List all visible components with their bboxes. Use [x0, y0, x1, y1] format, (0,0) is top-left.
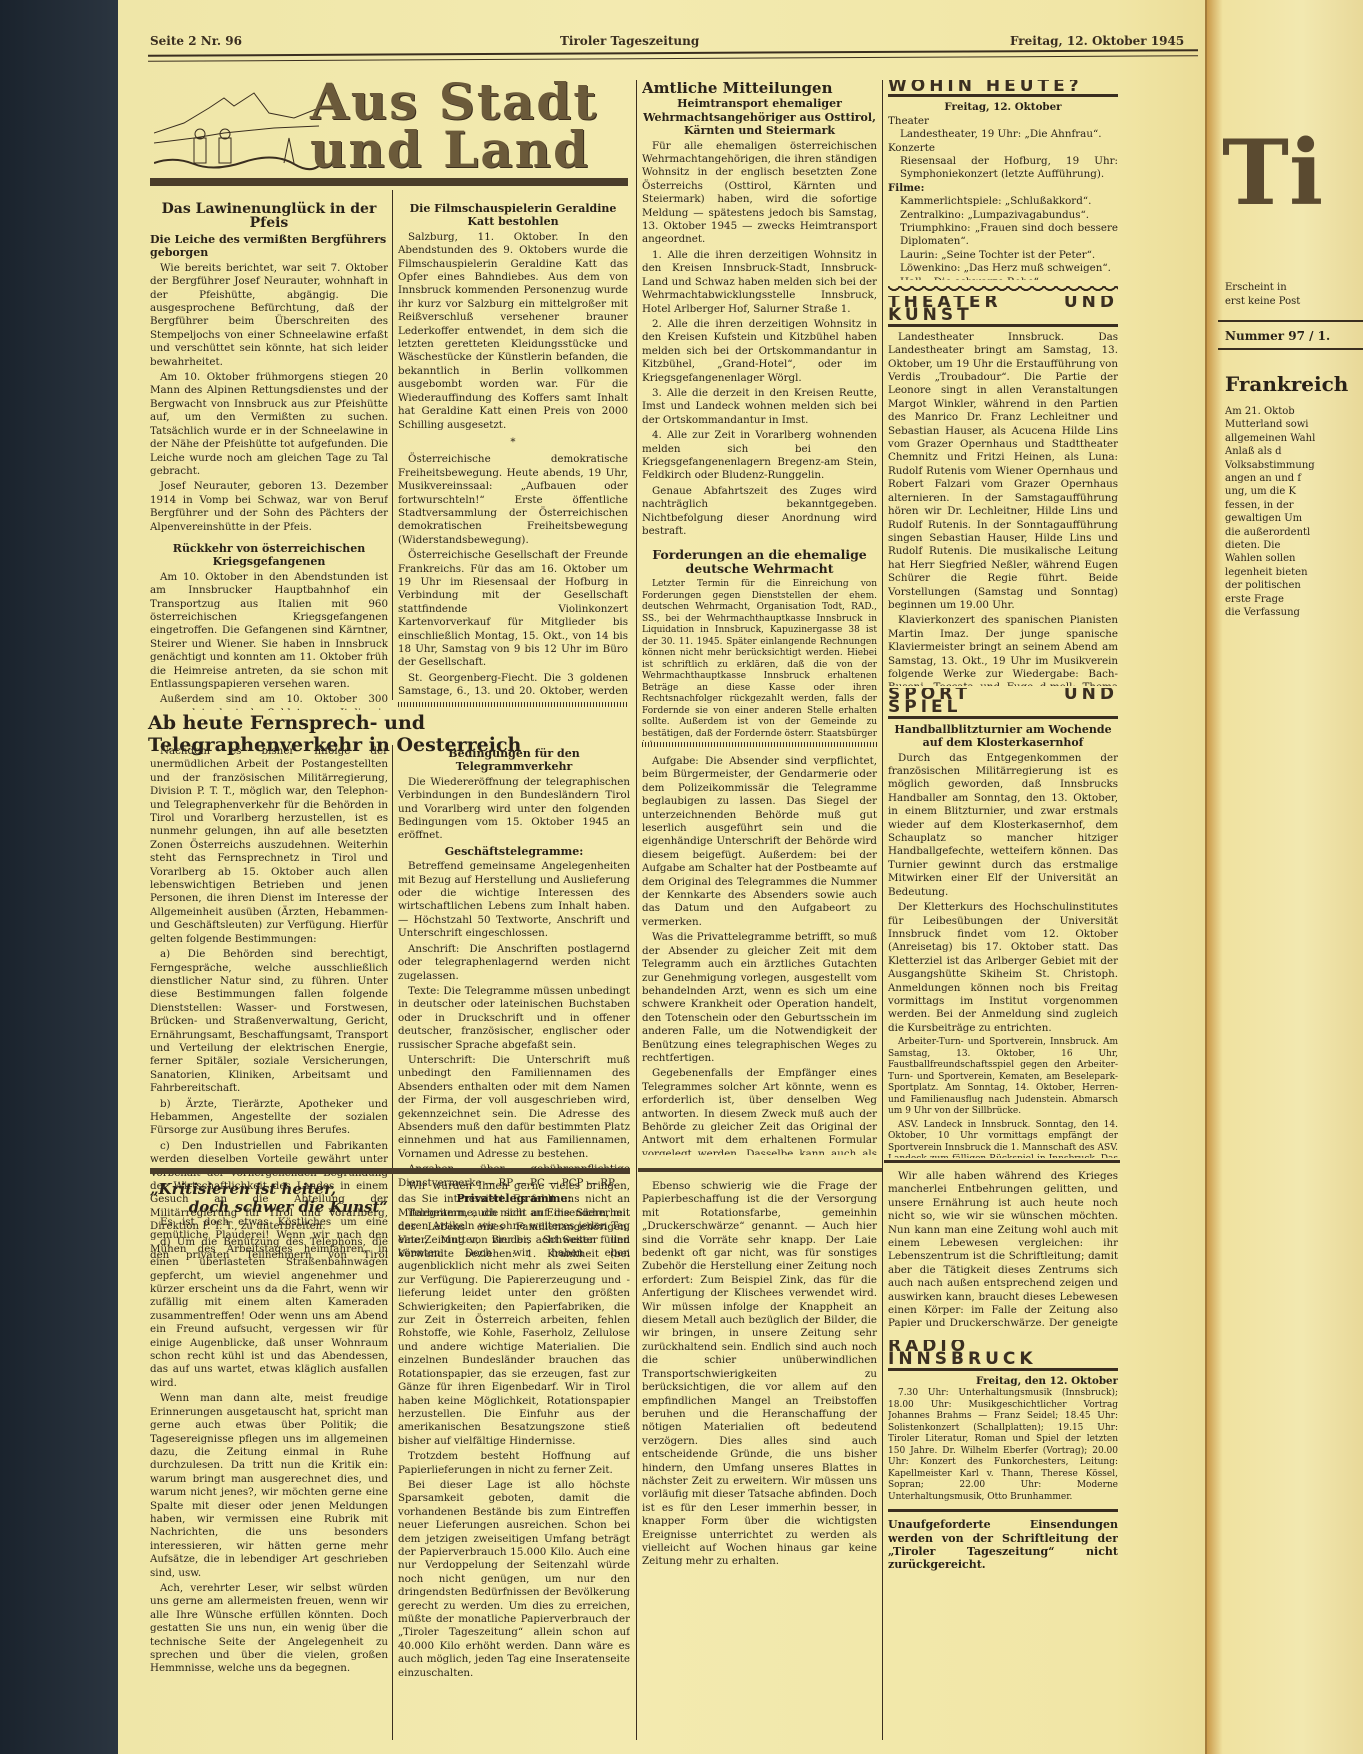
column-divider	[882, 80, 883, 1740]
paragraph: Wenn man dann alte, meist freudige Erinn…	[150, 1392, 388, 1580]
paragraph: Arbeiter-Turn- und Sportverein, Innsbruc…	[888, 1037, 1118, 1118]
paragraph: Aufgabe: Die Absender sind verpflichtet,…	[642, 755, 877, 929]
paragraph: Nachdem es bisher infolge der unermüdlic…	[150, 745, 388, 946]
section-rule	[150, 1168, 630, 1174]
telegramm-continued: Aufgabe: Die Absender sind verpflichtet,…	[642, 755, 877, 1155]
next-page-line: angen an und f	[1225, 472, 1363, 485]
paragraph: Klavierkonzert des spanischen Pianisten …	[888, 614, 1118, 686]
notice: St. Georgenberg-Fiecht. Die 3 goldenen S…	[398, 672, 628, 700]
box-theater-kunst: THEATER UND KUNST Landestheater Innsbruc…	[888, 296, 1118, 686]
box-radio: RADIO INNSBRUCK Freitag, den 12. Oktober…	[888, 1340, 1118, 1620]
next-page-sub: erst keine Post	[1225, 296, 1300, 308]
next-page-sub: Erscheint in	[1225, 282, 1287, 294]
subhead: Geschäftstelegramme:	[398, 845, 630, 858]
hatched-rule	[398, 702, 628, 707]
paragraph: Es ist doch etwas Köstliches um eine gem…	[150, 1216, 388, 1390]
listing-film: Zentralkino: „Lumpazivagabundus“.	[888, 209, 1118, 222]
paragraph: Am 10. Oktober in den Abendstunden ist a…	[150, 571, 388, 692]
listing-film: Löwenkino: „Das Herz muß schweigen“.	[888, 262, 1118, 275]
radio-date: Freitag, den 12. Oktober	[888, 1375, 1118, 1388]
banner-title-line1: Aus Stadt	[310, 78, 598, 126]
editorial-note: Unaufgeforderte Einsendungen werden von …	[888, 1518, 1118, 1572]
headline-heimtransport: Heimtransport ehemaliger Wehrmachtsangeh…	[642, 97, 877, 137]
notice: Österreichische demokratische Freiheitsb…	[398, 453, 628, 547]
next-page-line: Anlaß als d	[1225, 445, 1363, 458]
wohin-date: Freitag, 12. Oktober	[888, 101, 1118, 114]
paragraph: Am 10. Oktober frühmorgens stiegen 20 Ma…	[150, 371, 388, 478]
wavy-divider	[888, 286, 1118, 294]
article-lawine: Das Lawinenunglück in der Pfeis Die Leic…	[150, 200, 388, 710]
paragraph: 4. Alle zur Zeit in Vorarlberg wohnenden…	[642, 429, 877, 483]
hatched-rule	[642, 742, 877, 747]
paragraph: Der Kletterkurs des Hochschulinstitutes …	[888, 901, 1118, 1035]
article-kritik-col4: Wir alle haben während des Krieges manch…	[888, 1170, 1118, 1330]
article-amtlich: Amtliche Mitteilungen Heimtransport ehem…	[642, 82, 877, 742]
paragraph: Gegebenenfalls der Empfänger eines Teleg…	[642, 1067, 877, 1155]
subhead-lawine: Die Leiche des vermißten Bergführers geb…	[150, 233, 388, 260]
next-page-number: Nummer 97 / 1.	[1225, 330, 1330, 342]
column-divider	[392, 190, 393, 700]
section-rule	[638, 1168, 882, 1172]
paragraph: Letzter Termin für die Einreichung von F…	[642, 579, 877, 742]
paragraph: Die Wiedereröffnung der telegraphischen …	[398, 776, 630, 843]
book-binding-edge	[0, 0, 118, 1754]
banner-title-line2: und Land	[310, 126, 598, 174]
label-theater: Theater	[888, 115, 1118, 128]
headline-forderungen: Forderungen an die ehemalige deutsche We…	[642, 548, 877, 576]
next-page-line: ung, um die K	[1225, 485, 1363, 498]
next-page-line: Wahlen sollen	[1225, 552, 1363, 565]
next-page-rule	[1218, 348, 1363, 350]
heading-wohin-heute: WOHIN HEUTE?	[888, 80, 1118, 97]
listing-theater: Landestheater, 19 Uhr: „Die Ahnfrau“.	[888, 128, 1118, 141]
next-page-line: Volksabstimmung	[1225, 459, 1363, 472]
heading-radio: RADIO INNSBRUCK	[888, 1340, 1118, 1371]
paragraph: Anschrift: Die Anschriften postlagernd o…	[398, 943, 630, 983]
section-banner: Aus Stadt und Land	[150, 82, 630, 192]
radio-program: 7.30 Uhr: Unterhaltungsmusik (Innsbruck)…	[888, 1388, 1118, 1503]
paragraph: Wie bereits berichtet, war seit 7. Oktob…	[150, 262, 388, 369]
article-katt: Die Filmschauspielerin Geraldine Katt be…	[398, 200, 628, 700]
paragraph: Genaue Abfahrtszeit des Zuges wird nacht…	[642, 485, 877, 539]
headline-kritik-1: „Kritisieren ist heiter,	[150, 1180, 388, 1198]
listing-film: Hall: „Die schwarze Robe“.	[888, 276, 1118, 280]
banner-title: Aus Stadt und Land	[310, 78, 598, 174]
next-page-line: erste Frage	[1225, 593, 1363, 606]
next-page-edge	[1205, 0, 1363, 1754]
paragraph: Trotzdem besteht Hoffnung auf Papierlief…	[398, 1450, 630, 1477]
paragraph: Wir alle haben während des Krieges manch…	[888, 1170, 1118, 1330]
paragraph: Ach, verehrter Leser, wir selbst würden …	[150, 1582, 388, 1676]
article-kritik-col2: Wir würden Ihnen gerne vieles bringen, d…	[398, 1180, 630, 1740]
article-kritik-col3: Ebenso schwierig wie die Frage der Papie…	[642, 1180, 877, 1720]
article-kritik: „Kritisieren ist heiter, doch schwer die…	[150, 1180, 388, 1740]
banner-rule	[150, 178, 628, 186]
next-page-rule	[1218, 320, 1363, 322]
paragraph: Wir würden Ihnen gerne vieles bringen, d…	[398, 1180, 630, 1448]
paper-name: Tiroler Tageszeitung	[560, 34, 699, 48]
next-page-masthead: Ti	[1222, 120, 1323, 226]
listing-film: Triumphkino: „Frauen sind doch bessere D…	[888, 222, 1118, 249]
paragraph: ASV. Landeck in Innsbruck. Sonntag, den …	[888, 1120, 1118, 1158]
heading-theater-kunst: THEATER UND KUNST	[888, 296, 1118, 327]
paragraph: Salzburg, 11. Oktober. In den Abendstund…	[398, 231, 628, 432]
paragraph: b) Ärzte, Tierärzte, Apotheker und Hebam…	[150, 1098, 388, 1138]
subhead-telegramm: Bedingungen für den Telegrammverkehr	[398, 747, 630, 774]
paragraph: Unterschrift: Die Unterschrift muß unbed…	[398, 1054, 630, 1161]
listing-film: Laurin: „Seine Tochter ist der Peter“.	[888, 249, 1118, 262]
paragraph: Betreffend gemeinsame Angelegenheiten mi…	[398, 860, 630, 940]
section-rule	[884, 1160, 1120, 1163]
box-sport-spiel: SPORT UND SPIEL Handballblitzturnier am …	[888, 688, 1118, 1158]
listing-film: Kammerlichtspiele: „Schlußakkord“.	[888, 195, 1118, 208]
paragraph: Landestheater Innsbruck. Das Landestheat…	[888, 331, 1118, 613]
next-page-text: Am 21. OktobMutterland sowiallgemeinen W…	[1225, 405, 1363, 620]
label-filme: Filme:	[888, 182, 1118, 195]
headline-handball: Handballblitzturnier am Wochende auf dem…	[888, 723, 1118, 750]
headline-lawine: Das Lawinenunglück in der Pfeis	[150, 202, 388, 230]
paragraph: Ebenso schwierig wie die Frage der Papie…	[642, 1180, 877, 1569]
column-divider	[636, 80, 637, 1740]
headline-rueckkehr: Rückkehr von österreichischen Kriegsgefa…	[150, 542, 388, 569]
heading-sport-spiel: SPORT UND SPIEL	[888, 688, 1118, 719]
next-page-line: legenheit bieten	[1225, 566, 1363, 579]
box-wohin-heute: WOHIN HEUTE? Freitag, 12. Oktober Theate…	[888, 80, 1118, 280]
paragraph: 3. Alle die derzeit in den Kreisen Reutt…	[642, 387, 877, 427]
issue-date: Freitag, 12. Oktober 1945	[1010, 34, 1184, 48]
next-page-line: Am 21. Oktob	[1225, 405, 1363, 418]
paragraph: Josef Neurauter, geboren 13. Dezember 19…	[150, 480, 388, 534]
page-info: Seite 2 Nr. 96	[150, 34, 242, 48]
paragraph: 1. Alle die ihren derzeitigen Wohnsitz i…	[642, 249, 877, 316]
paragraph: a) Die Behörden sind berechtigt, Fernges…	[150, 948, 388, 1095]
paragraph: Texte: Die Telegramme müssen unbedingt i…	[398, 985, 630, 1052]
next-page-line: die außerordentl	[1225, 526, 1363, 539]
paragraph: Bei dieser Lage ist allo höchste Sparsam…	[398, 1479, 630, 1680]
mountain-town-illustration	[154, 88, 324, 178]
separator-star: *	[398, 436, 628, 449]
paragraph: Außerdem sind am 10. Oktober 300 verwund…	[150, 693, 388, 710]
next-page-line: die Verfassung	[1225, 606, 1363, 619]
next-page-line: Mutterland sowi	[1225, 418, 1363, 431]
next-page-line: dieten. Die	[1225, 539, 1363, 552]
column-divider	[392, 1180, 393, 1740]
section-amtlich: Amtliche Mitteilungen	[642, 82, 877, 95]
next-page-line: allgemeinen Wahl	[1225, 432, 1363, 445]
next-page-line: der politischen	[1225, 579, 1363, 592]
paragraph: 2. Alle die ihren derzeitigen Wohnsitz i…	[642, 318, 877, 385]
label-konzerte: Konzerte	[888, 142, 1118, 155]
paragraph: Für alle ehemaligen österreichischen Weh…	[642, 140, 877, 247]
notice: Österreichische Gesellschaft der Freunde…	[398, 549, 628, 670]
paragraph: Durch das Entgegenkommen der französisch…	[888, 752, 1118, 899]
paragraph: Was die Privattelegramme betrifft, so mu…	[642, 931, 877, 1065]
next-page-headline: Frankreich	[1225, 372, 1348, 396]
headline-katt: Die Filmschauspielerin Geraldine Katt be…	[398, 202, 628, 229]
headline-kritik-2: doch schwer die Kunst“	[150, 1198, 388, 1216]
next-page-line: fessen, in der	[1225, 499, 1363, 512]
listing-konzerte: Riesensaal der Hofburg, 19 Uhr: Symphoni…	[888, 155, 1118, 182]
next-page-line: gewaltigen Um	[1225, 512, 1363, 525]
